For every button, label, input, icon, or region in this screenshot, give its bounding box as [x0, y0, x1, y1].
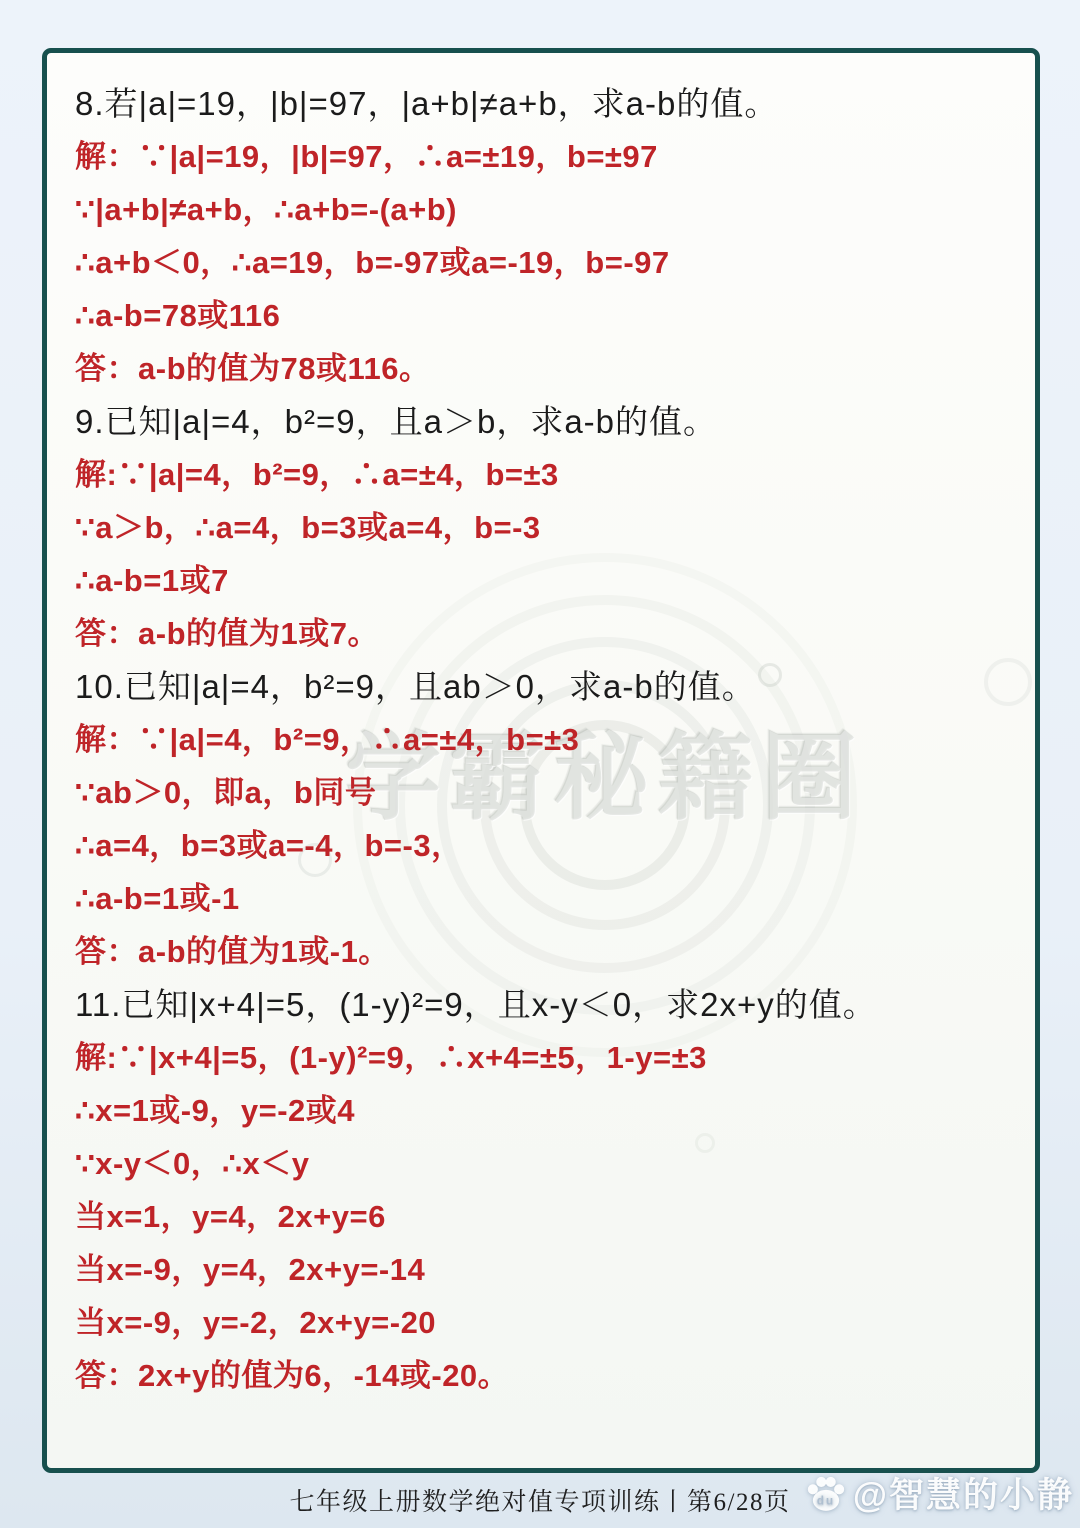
answer-line: 答：a-b的值为1或7。 — [75, 607, 1009, 660]
solution-line: ∵x-y＜0，∴x＜y — [75, 1137, 1009, 1190]
baidu-paw-icon: du — [805, 1472, 847, 1514]
solution-line: ∵a＞b，∴a=4，b=3或a=4，b=-3 — [75, 501, 1009, 554]
answer-line: 答：a-b的值为1或-1。 — [75, 925, 1009, 978]
solution-line: ∴a-b=1或7 — [75, 554, 1009, 607]
solution-line: ∴a-b=78或116 — [75, 289, 1009, 342]
answer-line: 答：2x+y的值为6，-14或-20。 — [75, 1349, 1009, 1402]
solution-line: ∴x=1或-9，y=-2或4 — [75, 1084, 1009, 1137]
answer-line: 答：a-b的值为78或116。 — [75, 342, 1009, 395]
question-line: 9.已知|a|=4，b²=9，且a＞b，求a-b的值。 — [75, 395, 1009, 448]
problem-list: 8.若|a|=19，|b|=97，|a+b|≠a+b，求a-b的值。解：∵|a|… — [47, 53, 1035, 1402]
solution-line: 解:∵|x+4|=5，(1-y)²=9，∴x+4=±5，1-y=±3 — [75, 1031, 1009, 1084]
solution-line: 当x=-9，y=-2，2x+y=-20 — [75, 1296, 1009, 1349]
solution-line: ∴a+b＜0，∴a=19，b=-97或a=-19，b=-97 — [75, 236, 1009, 289]
question-line: 11.已知|x+4|=5，(1-y)²=9，且x-y＜0，求2x+y的值。 — [75, 978, 1009, 1031]
solution-line: ∵ab＞0，即a，b同号 — [75, 766, 1009, 819]
solution-line: ∴a-b=1或-1 — [75, 872, 1009, 925]
paw-du-label: du — [817, 1496, 835, 1508]
solution-line: 当x=-9，y=4，2x+y=-14 — [75, 1243, 1009, 1296]
corner-watermark: du @智慧的小静 — [805, 1468, 1074, 1518]
worksheet-frame: 学霸秘籍圈 8.若|a|=19，|b|=97，|a+b|≠a+b，求a-b的值。… — [42, 48, 1040, 1473]
corner-watermark-label: @智慧的小静 — [853, 1468, 1074, 1518]
solution-line: 当x=1，y=4，2x+y=6 — [75, 1190, 1009, 1243]
solution-line: ∵|a+b|≠a+b，∴a+b=-(a+b) — [75, 183, 1009, 236]
question-line: 10.已知|a|=4，b²=9，且ab＞0，求a-b的值。 — [75, 660, 1009, 713]
solution-line: 解：∵|a|=4，b²=9，∴a=±4，b=±3 — [75, 713, 1009, 766]
solution-line: 解：∵|a|=19，|b|=97，∴a=±19，b=±97 — [75, 130, 1009, 183]
solution-line: ∴a=4，b=3或a=-4，b=-3， — [75, 819, 1009, 872]
question-line: 8.若|a|=19，|b|=97，|a+b|≠a+b，求a-b的值。 — [75, 77, 1009, 130]
solution-line: 解:∵|a|=4，b²=9，∴a=±4，b=±3 — [75, 448, 1009, 501]
